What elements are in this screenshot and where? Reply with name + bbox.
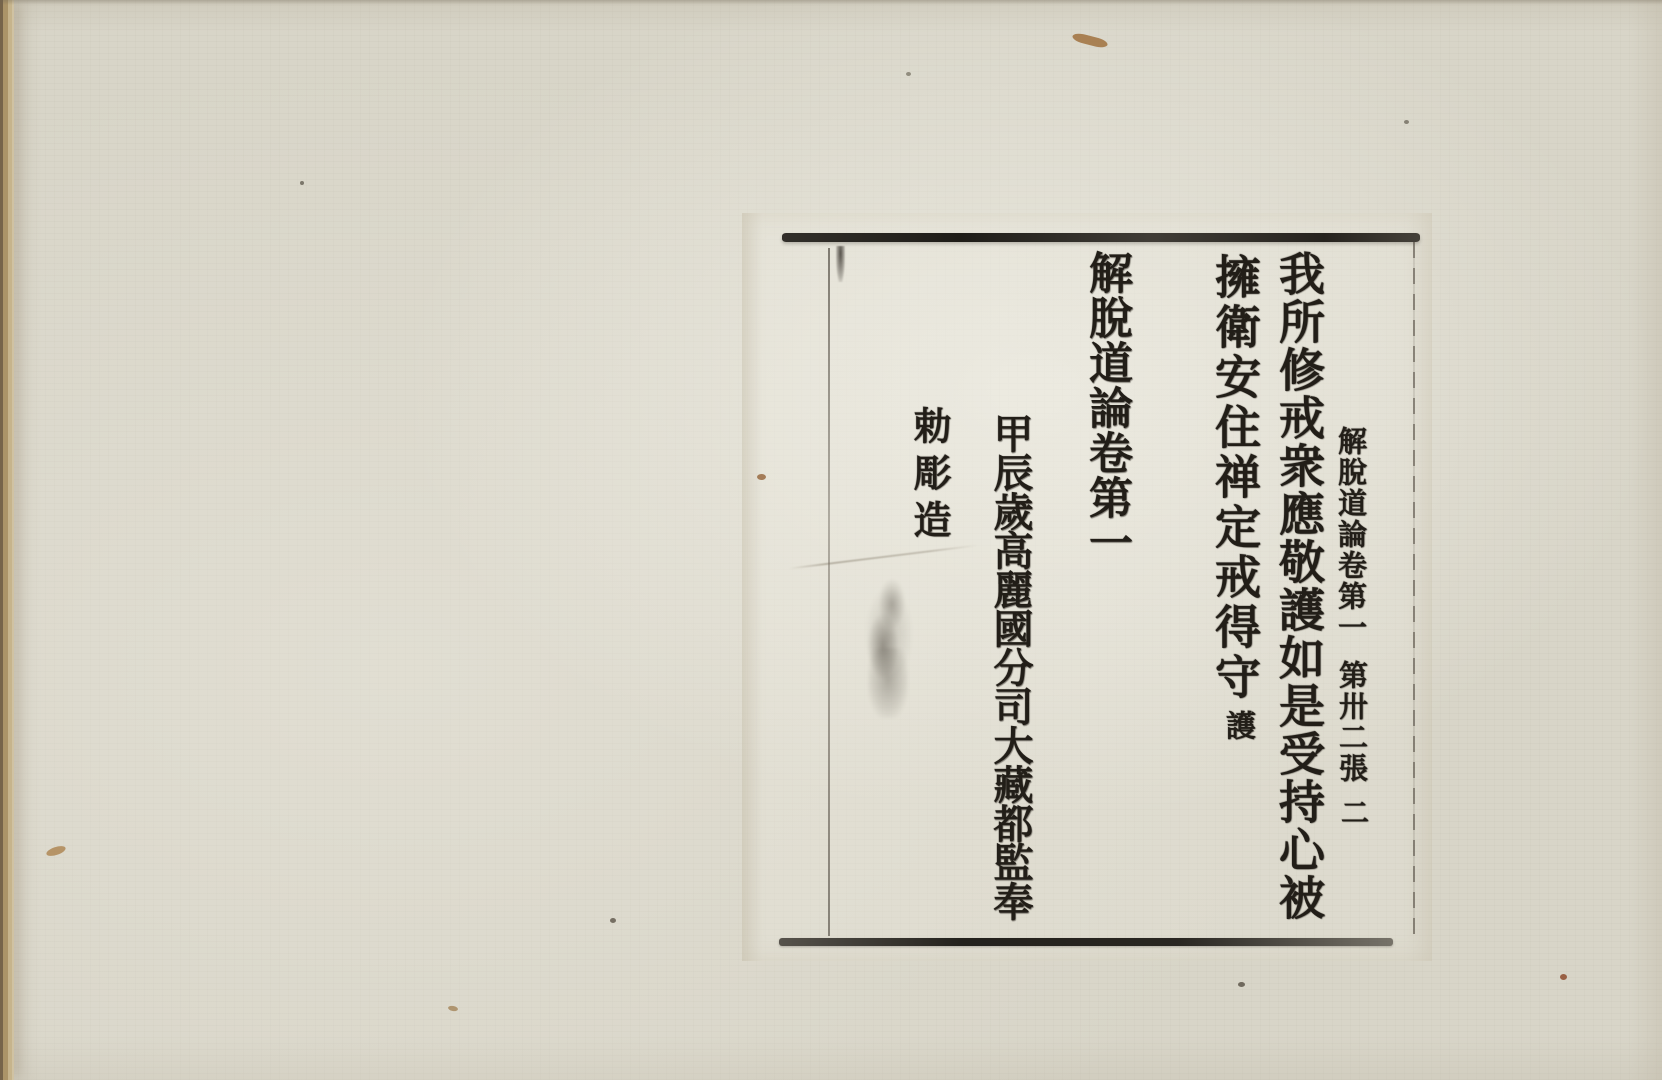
- colophon-column: 甲辰歲高麗國分司大藏都監奉: [982, 413, 1039, 920]
- paper-fleck: [1560, 974, 1567, 980]
- body-column-2: 擁衛安住禅定戒得守: [1202, 253, 1268, 703]
- body-column-1: 我所修戒衆應敬護如是受持心被: [1266, 250, 1332, 922]
- paper-fleck: [1071, 32, 1108, 49]
- book-gutter-edge: [0, 0, 14, 1080]
- ink-smudge-lower: [868, 648, 908, 718]
- end-title-column: 解脫道論卷第一: [1074, 250, 1138, 565]
- paper-fleck: [448, 1005, 459, 1012]
- block-frame-right: [1413, 242, 1415, 934]
- colophon-edict-column: 勅彫造: [902, 406, 957, 547]
- block-frame-top: [782, 233, 1420, 242]
- paper-fleck: [757, 474, 766, 480]
- paper-fleck: [906, 72, 911, 76]
- paper-fleck: [1404, 120, 1409, 124]
- body-column-2-small-char: 護: [1215, 710, 1259, 741]
- paper-fleck: [610, 918, 616, 923]
- ink-drip-mark: [836, 246, 845, 282]
- margin-case-mark: 二: [1333, 798, 1373, 826]
- paper-fleck: [45, 844, 66, 858]
- block-frame-bottom: [779, 938, 1393, 946]
- paper-fleck: [300, 181, 304, 185]
- page-top-shadow: [0, 0, 1662, 5]
- margin-caption-title: 解脫道論卷第一: [1331, 426, 1372, 643]
- scanned-page: 解脫道論卷第一 第卅二張 二 我所修戒衆應敬護如是受持心被 擁衛安住禅定戒得守 …: [0, 0, 1662, 1080]
- paper-fleck: [1238, 982, 1245, 987]
- margin-sheet-number: 第卅二張: [1332, 660, 1373, 784]
- block-frame-left: [828, 248, 830, 936]
